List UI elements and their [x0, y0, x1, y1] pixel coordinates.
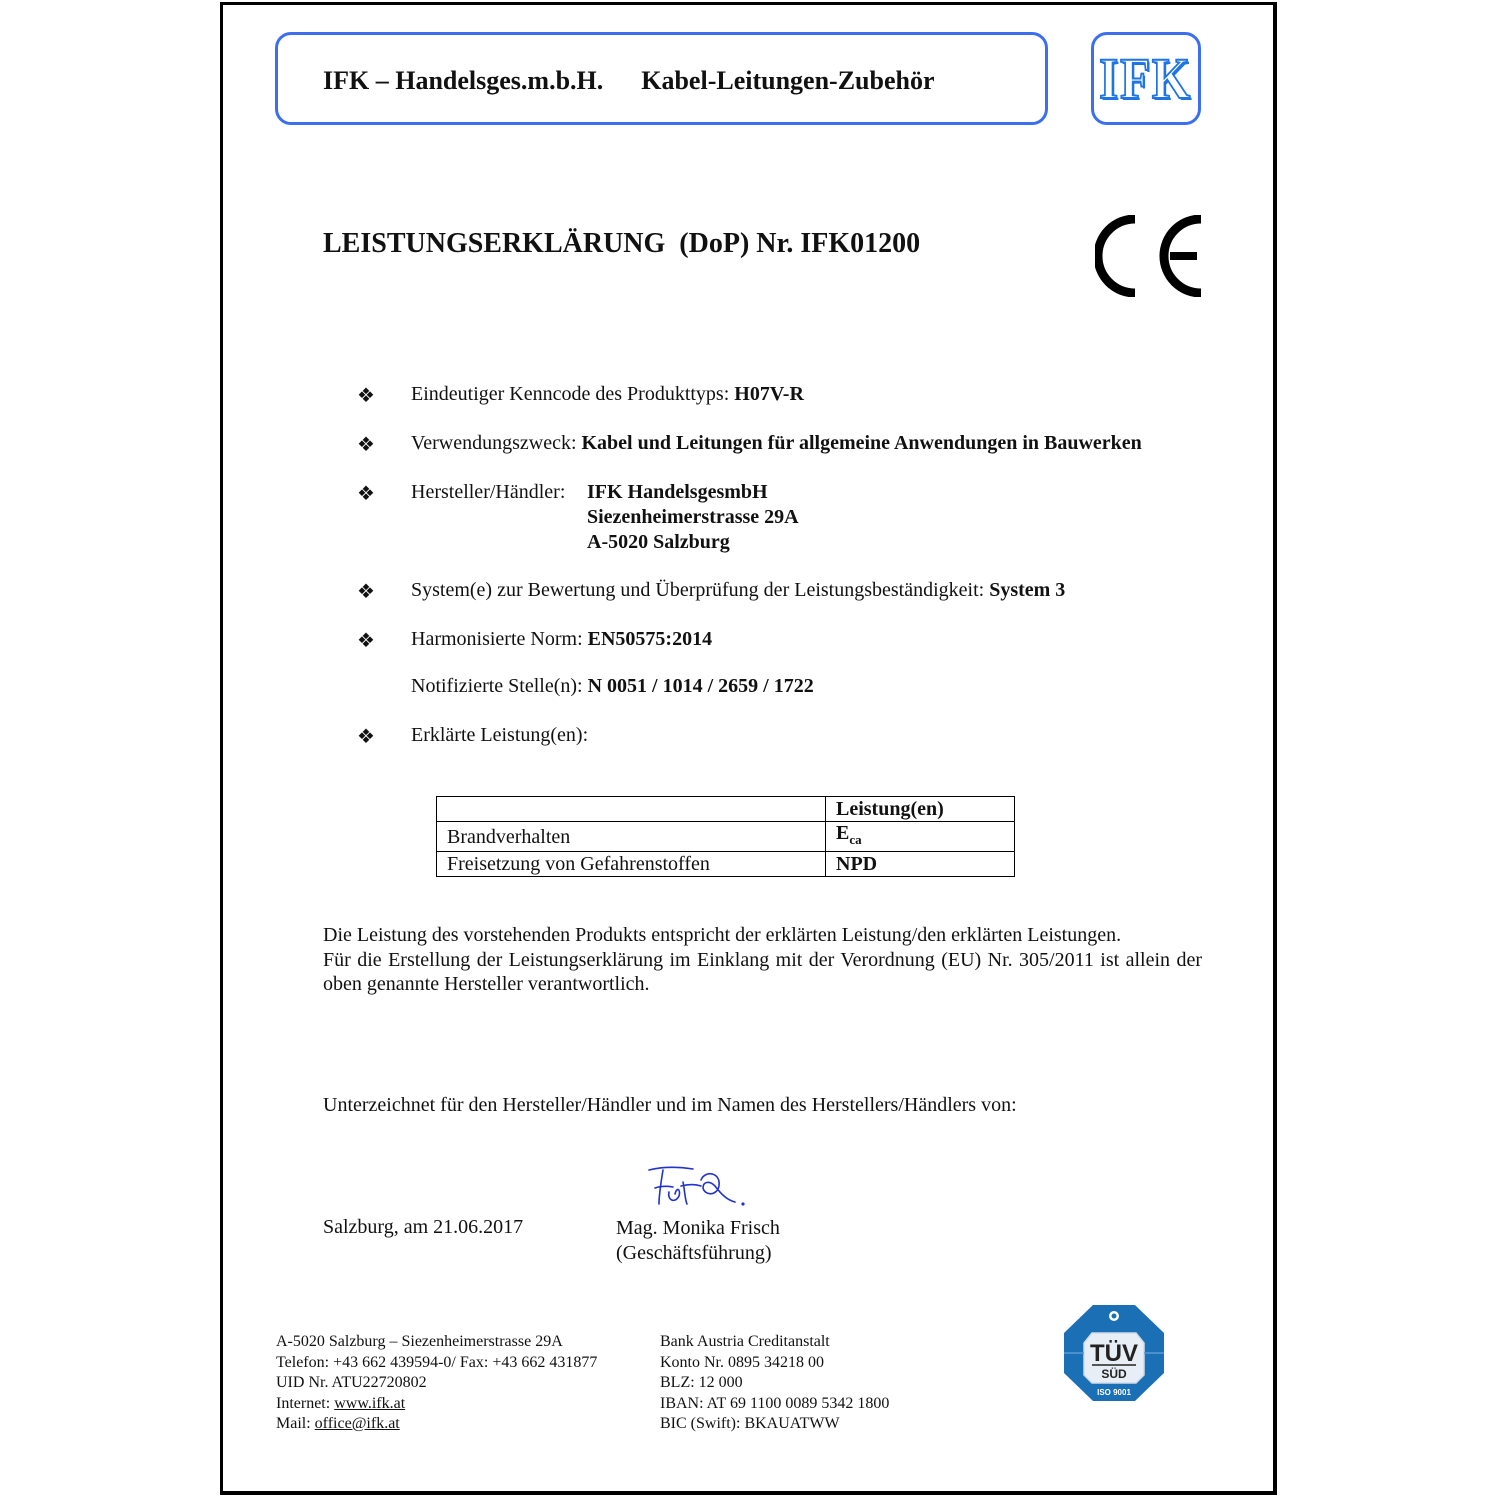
bank-bic: BIC (Swift): BKAUATWW [660, 1414, 889, 1435]
item-intended-use: Verwendungszweck: Kabel und Leitungen fü… [411, 432, 1142, 455]
value-subscript: ca [849, 832, 861, 847]
bullet-icon: ❖ [357, 432, 375, 457]
footer-phone-fax: Telefon: +43 662 439594-0/ Fax: +43 662 … [276, 1353, 597, 1374]
bullet-icon: ❖ [357, 383, 375, 408]
value-main: E [836, 822, 849, 844]
item-value: System 3 [989, 579, 1065, 601]
address-line: IFK HandelsgesmbH [587, 480, 799, 505]
footer-contact: A-5020 Salzburg – Siezenheimerstrasse 29… [276, 1332, 597, 1435]
performance-table: Leistung(en) Brandverhalten Eca Freisetz… [436, 796, 1015, 877]
footer-uid: UID Nr. ATU22720802 [276, 1373, 597, 1394]
bullet-icon: ❖ [357, 724, 375, 749]
item-assessment-system: System(e) zur Bewertung und Überprüfung … [411, 579, 1065, 602]
item-label: Harmonisierte Norm: [411, 628, 588, 650]
ifk-logo: IFK [1091, 32, 1201, 125]
internet-label: Internet: [276, 1395, 334, 1412]
footer-bank: Bank Austria Creditanstalt Konto Nr. 089… [660, 1332, 889, 1435]
item-value: N 0051 / 1014 / 2659 / 1722 [588, 675, 814, 697]
value-main: NPD [836, 853, 877, 875]
statement-line: Die Leistung des vorstehenden Produkts e… [323, 923, 1202, 948]
table-row: Brandverhalten Eca [437, 822, 1015, 852]
footer-internet: Internet: www.ifk.at [276, 1394, 597, 1415]
item-product-code: Eindeutiger Kenncode des Produkttyps: H0… [411, 383, 804, 406]
item-label: Notifizierte Stelle(n): [411, 675, 588, 697]
table-header-row: Leistung(en) [437, 797, 1015, 822]
bank-account: Konto Nr. 0895 34218 00 [660, 1353, 889, 1374]
ce-mark-icon [1095, 215, 1205, 297]
manufacturer-address: IFK HandelsgesmbH Siezenheimerstrasse 29… [587, 480, 799, 555]
conformity-statement: Die Leistung des vorstehenden Produkts e… [323, 923, 1202, 997]
table-header-cell: Leistung(en) [826, 797, 1015, 822]
item-manufacturer-label: Hersteller/Händler: [411, 481, 565, 504]
item-value: H07V-R [734, 383, 804, 405]
company-tagline: Kabel-Leitungen-Zubehör [641, 66, 934, 95]
address-line: A-5020 Salzburg [587, 530, 799, 555]
item-label: System(e) zur Bewertung und Überprüfung … [411, 579, 989, 601]
item-value: EN50575:2014 [588, 628, 712, 650]
item-declared-performance: Erklärte Leistung(en): [411, 724, 588, 747]
property-cell: Freisetzung von Gefahrenstoffen [437, 852, 826, 877]
bullet-icon: ❖ [357, 628, 375, 653]
website-link[interactable]: www.ifk.at [334, 1395, 405, 1412]
ifk-logo-text: IFK [1100, 45, 1193, 112]
signer: Mag. Monika Frisch (Geschäftsführung) [616, 1216, 780, 1266]
table-header-cell [437, 797, 826, 822]
value-cell: NPD [826, 852, 1015, 877]
signature-icon [645, 1162, 755, 1212]
tuv-sud-certification-icon: TÜV SÜD ISO 9001 [1062, 1303, 1166, 1403]
table-row: Freisetzung von Gefahrenstoffen NPD [437, 852, 1015, 877]
bullet-icon: ❖ [357, 579, 375, 604]
bank-iban: IBAN: AT 69 1100 0089 5342 1800 [660, 1394, 889, 1415]
bank-name: Bank Austria Creditanstalt [660, 1332, 889, 1353]
company-name: IFK – Handelsges.m.b.H. [323, 66, 603, 95]
email-link[interactable]: office@ifk.at [315, 1415, 400, 1432]
footer-mail: Mail: office@ifk.at [276, 1414, 597, 1435]
bank-blz: BLZ: 12 000 [660, 1373, 889, 1394]
item-notified-bodies: Notifizierte Stelle(n): N 0051 / 1014 / … [411, 675, 814, 698]
item-label: Verwendungszweck: [411, 432, 582, 454]
address-line: Siezenheimerstrasse 29A [587, 505, 799, 530]
statement-line: Für die Erstellung der Leistungserklärun… [323, 948, 1202, 997]
mail-label: Mail: [276, 1415, 315, 1432]
company-header: IFK – Handelsges.m.b.H.Kabel-Leitungen-Z… [323, 66, 935, 96]
place-and-date: Salzburg, am 21.06.2017 [323, 1216, 523, 1239]
document-title: LEISTUNGSERKLÄRUNG (DoP) Nr. IFK01200 [323, 228, 920, 260]
footer-address: A-5020 Salzburg – Siezenheimerstrasse 29… [276, 1332, 597, 1353]
item-label: Eindeutiger Kenncode des Produkttyps: [411, 383, 734, 405]
tuv-text: TÜV [1090, 1340, 1138, 1367]
signer-name: Mag. Monika Frisch [616, 1216, 780, 1241]
sud-text: SÜD [1101, 1366, 1127, 1381]
property-cell: Brandverhalten [437, 822, 826, 852]
signer-role: (Geschäftsführung) [616, 1241, 780, 1266]
signature-intro: Unterzeichnet für den Hersteller/Händler… [323, 1094, 1017, 1117]
bullet-icon: ❖ [357, 481, 375, 506]
value-cell: Eca [826, 822, 1015, 852]
item-harmonised-standard: Harmonisierte Norm: EN50575:2014 [411, 628, 712, 651]
iso-text: ISO 9001 [1097, 1388, 1131, 1397]
item-value: Kabel und Leitungen für allgemeine Anwen… [582, 432, 1142, 454]
